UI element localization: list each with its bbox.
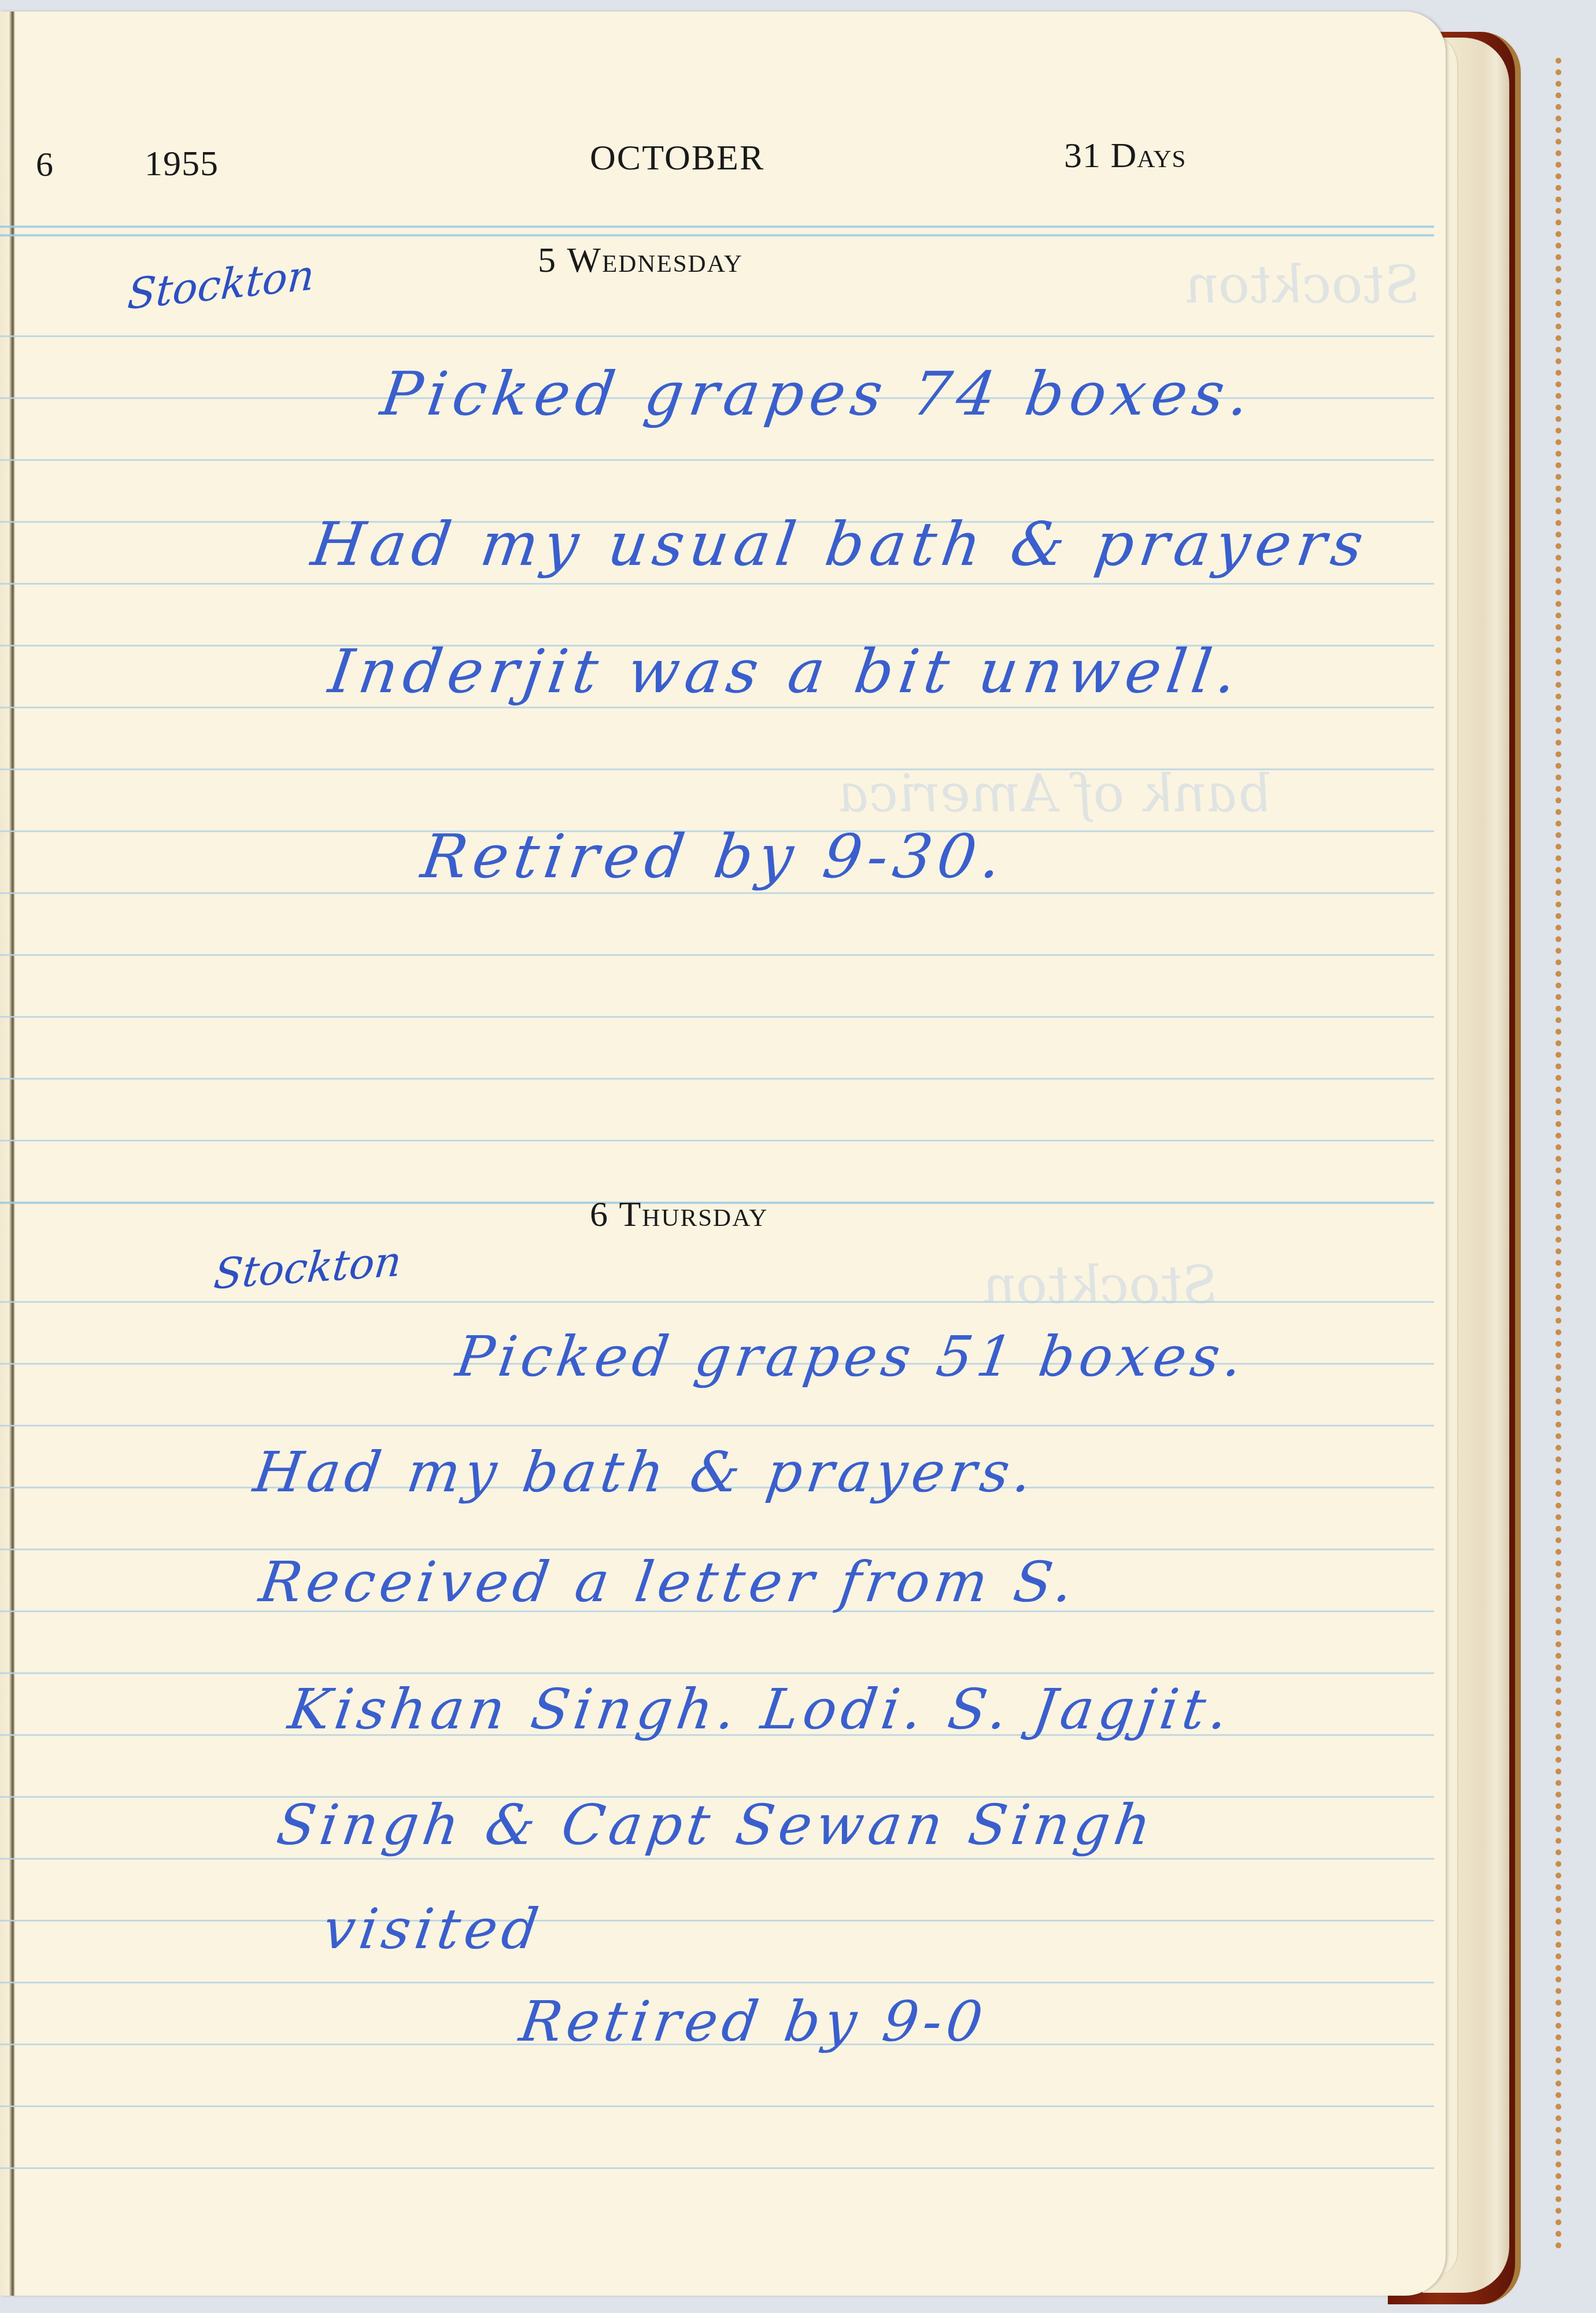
entry-line: Retired by 9-30. (417, 821, 1011, 892)
page-gutter (0, 12, 15, 2296)
ruled-line (0, 1920, 1434, 1922)
days-in-month: 31 Days (1064, 135, 1186, 176)
ruled-line (0, 1982, 1434, 1983)
ruled-line (0, 583, 1434, 585)
weekday-label: Thursday (619, 1195, 769, 1234)
ruled-line (0, 954, 1434, 956)
day-heading-thursday: 6 Thursday (590, 1194, 768, 1235)
ruled-line (0, 1858, 1434, 1860)
ruled-line (0, 1016, 1434, 1018)
day-number: 6 (590, 1195, 609, 1234)
entry-line: Inderjit was a bit unwell. (324, 636, 1247, 707)
ruled-line (0, 707, 1434, 708)
ruled-line (0, 1078, 1434, 1080)
entry-line: Kishan Singh. Lodi. S. Jagjit. (285, 1677, 1236, 1742)
ruled-line (0, 1140, 1434, 1141)
ruled-line (0, 892, 1434, 894)
entry-line: Received a letter from S. (256, 1550, 1081, 1614)
entry-line: Picked grapes 51 boxes. (452, 1324, 1251, 1389)
cover-stitching (1556, 58, 1561, 2249)
weekday-label: Wednesday (567, 241, 743, 280)
header-rule (0, 234, 1434, 237)
ruled-line (0, 335, 1434, 337)
ruled-line (0, 2105, 1434, 2107)
ruled-line (0, 1425, 1434, 1427)
header-rule (0, 226, 1434, 228)
ruled-line (0, 768, 1434, 770)
page-header: 6 1955 OCTOBER 31 Days (0, 133, 1434, 191)
location-note: Stockton (126, 250, 316, 319)
entry-line: Had my usual bath & prayers (307, 509, 1373, 579)
entry-line: Picked grapes 74 boxes. (376, 359, 1259, 429)
entry-line: visited (319, 1897, 546, 1961)
year-label: 1955 (145, 143, 219, 184)
page-number: 6 (36, 145, 54, 184)
day-number: 5 (538, 241, 557, 280)
entry-line: Retired by 9-0 (516, 1989, 991, 2054)
entry-line: Singh & Capt Sewan Singh (273, 1793, 1159, 1857)
show-through-text: Stockton (979, 1255, 1222, 1316)
entry-line: Had my bath & prayers. (250, 1440, 1040, 1505)
ruled-line (0, 1301, 1434, 1303)
days-count: 31 (1064, 136, 1101, 175)
show-through-text: Stockton (1181, 254, 1424, 315)
ruled-line (0, 1672, 1434, 1674)
show-through-text: bank of America (834, 763, 1276, 824)
location-note: Stockton (212, 1236, 404, 1298)
day-heading-wednesday: 5 Wednesday (538, 240, 743, 281)
month-title: OCTOBER (590, 138, 764, 179)
ruled-line (0, 459, 1434, 461)
days-label: Days (1111, 136, 1187, 175)
diary-page: Stockton bank of America Stockton 6 1955… (0, 12, 1446, 2296)
ruled-line (0, 2167, 1434, 2169)
